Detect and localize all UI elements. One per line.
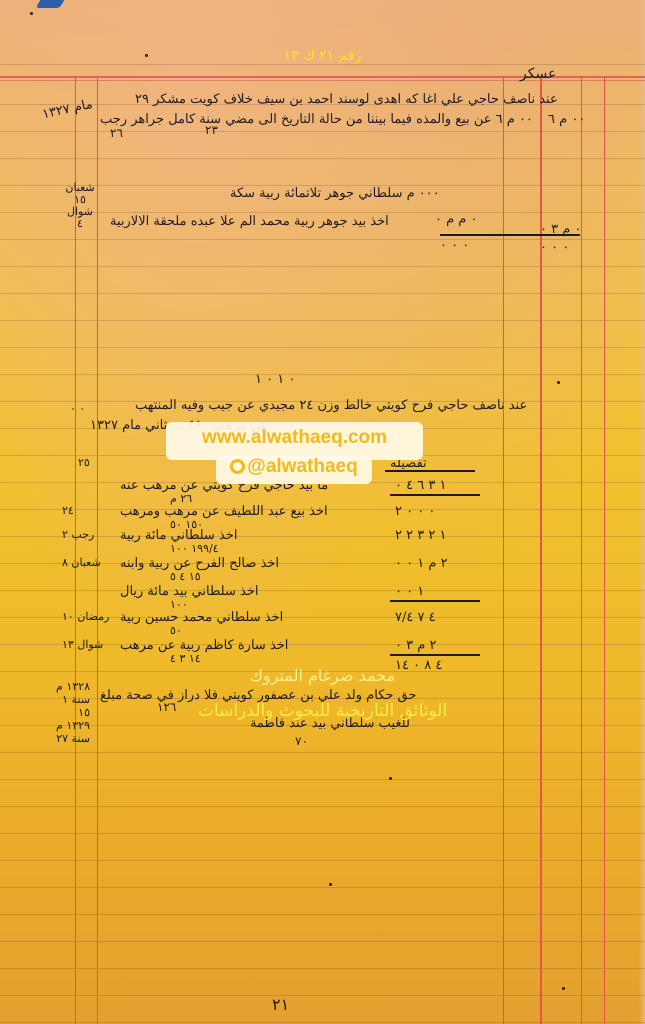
entry-1-margin-date: مام ١٣٢٧ <box>41 97 94 122</box>
item-description: اخذ صالح الفرح عن ربية وابنه <box>120 556 279 571</box>
watermark-handle-text: @alwathaeq <box>247 456 357 477</box>
item-description: اخذ سلطاني مائة ربية <box>120 528 237 543</box>
item-description: اخذ سلطاني محمد حسين ربية <box>120 610 283 625</box>
item-margin-date: ٢٤ <box>62 504 74 517</box>
watermark-organization: الوثائق التاريخية للبحوث والدراسات <box>0 701 645 721</box>
ink-underline <box>390 600 480 602</box>
header-word: عسكر <box>520 66 556 82</box>
margin-line: سنة ٢٧ <box>30 732 90 745</box>
ink-spot <box>145 54 148 57</box>
item-note: ١٥ ٤ ٥ <box>170 570 201 583</box>
item-margin-date: شوال ١٣ <box>62 638 103 651</box>
entry-1-subnum: ٢٣ <box>205 123 218 137</box>
watermark-handle: @alwathaeq <box>216 456 372 478</box>
corner-blue-mark <box>36 0 65 8</box>
item-margin-date: شعبان ٨ <box>62 556 101 569</box>
ink-spot <box>329 883 332 886</box>
item-margin-date: رجب ٢ <box>62 528 94 541</box>
entry-2-amount-right-total: ٠ ٠ ٠ <box>540 240 569 255</box>
item-note: ٥٠ <box>170 624 182 637</box>
item-amount: ١ ٠ ٠ <box>395 584 424 599</box>
margin-line-left-2 <box>97 76 98 1024</box>
entry-1-amount: ٠٠ م ٦ <box>548 112 585 127</box>
column-line-3 <box>581 76 582 1024</box>
entry-2-margin-date: شعبان ١٥ شوال ٤ <box>65 182 95 230</box>
ruled-line <box>0 64 645 65</box>
entry-3-margin-mark: ٠ ٠ <box>70 402 85 415</box>
entry-4-subnum: ٧٠ <box>295 734 308 748</box>
threads-icon <box>230 459 245 474</box>
watermark-author: محمد ضرغام المتروك <box>0 666 645 685</box>
ink-underline <box>385 470 475 472</box>
torn-paper-edge <box>639 0 645 1024</box>
column-line-1 <box>503 76 504 1024</box>
entry-2-amount-right: ٠ م ٣ ٠ <box>540 222 581 237</box>
column-line-4 <box>604 76 605 1024</box>
ink-underline <box>390 494 480 496</box>
ink-spot <box>557 381 560 384</box>
folio-number: ٢١ <box>272 995 289 1014</box>
entry-2-line-2: اخذ بيد جوهر ربية محمد الم علا عبده ملحق… <box>110 214 389 229</box>
item-margin-date: رمضان ١٠ <box>62 610 110 623</box>
entry-1-line-1: عند ناصف حاجي علي اغا كه اهدى لوسند احمد… <box>135 92 558 107</box>
entry-3-margin-mark: ٢٥ <box>78 456 90 469</box>
item-note: ١٤ ٣ ٤ <box>170 652 201 665</box>
item-amount: ١ ٢ ٣ ٢ ٢ <box>395 528 446 543</box>
ink-spot <box>389 777 392 780</box>
entry-3-header-marks: ٠ ١ ٠ ١ <box>255 372 295 387</box>
entry-2-amount-total: ٠ ٠ ٠ <box>440 238 469 253</box>
item-amount: ٢ م ٣ ٠ <box>395 638 436 653</box>
column-line-2 <box>540 76 542 1024</box>
watermark-url: www.alwathaeq.com <box>166 427 423 449</box>
item-amount: ٤ ٧ ٧/٤ <box>395 610 436 625</box>
ink-spot <box>30 12 33 15</box>
entry-1-line-2: ٠٠ م ٦ عن بيع والمذه فيما بيننا من حالة … <box>100 112 533 127</box>
item-amount: ٠ ٠ ٠ ٢ <box>395 504 435 519</box>
ink-underline <box>390 654 480 656</box>
margin-day: ٤ <box>65 218 95 230</box>
entry-1-subnum: ٢٦ <box>110 126 123 140</box>
reference-number: رقم ٢١ ك ١٣ <box>0 48 645 64</box>
item-amount: ١ ٣ ٦ ٤ ٠ <box>395 478 446 493</box>
item-description: اخذ سلطاني بيد مائة ريال <box>120 584 258 599</box>
entry-2-amount: ٠ م م ٠ <box>435 212 477 227</box>
ledger-page: رقم ٢١ ك ١٣ عسكر عند ناصف حاجي علي اغا ك… <box>0 0 645 1024</box>
entry-2-line-1: ٠٠٠ م سلطاني جوهر تلاتمائة ربية سكة <box>230 186 440 201</box>
entry-3-line-1: عند ناصف حاجي فرح كويتي خالط وزن ٢٤ مجيد… <box>135 398 527 413</box>
item-note: ١٩٩/٤ ١٠٠ <box>170 542 219 555</box>
item-description: اخذ بيع عبد اللطيف عن مرهب ومرهب <box>120 504 328 519</box>
item-description: اخذ سارة كاظم ربية عن مرهب <box>120 638 288 653</box>
item-amount: ٢ م ١ ٠ ٠ <box>395 556 448 571</box>
ink-spot <box>562 987 565 990</box>
